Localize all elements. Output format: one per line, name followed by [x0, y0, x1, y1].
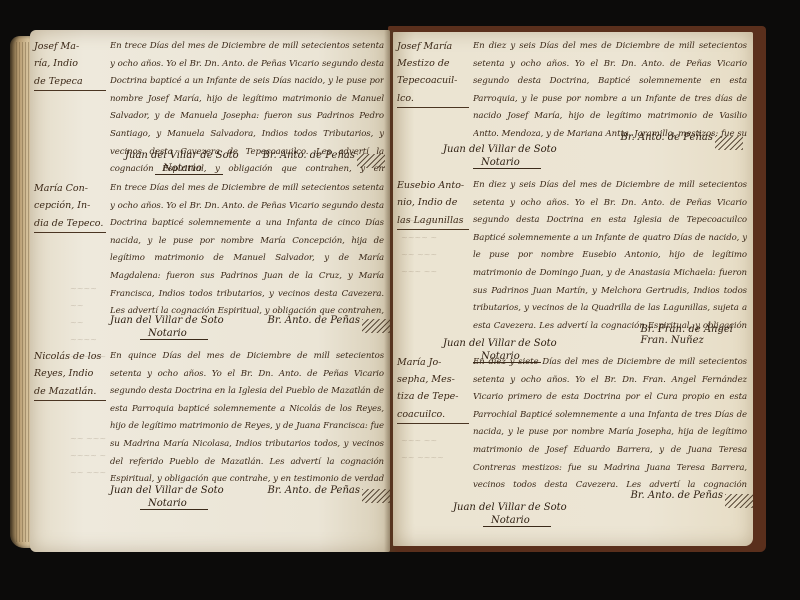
margin-line: María Con- — [34, 180, 106, 197]
priest-signature: Br. Anto. de Peñas — [631, 490, 724, 527]
notary-signature: Juan del Villar de Soto Notario — [453, 502, 567, 527]
rubric-flourish-icon — [715, 136, 743, 150]
entry-signatures: Juan del Villar de Soto Notario Br. Anto… — [110, 315, 360, 340]
margin-line: cepción, In- — [34, 197, 106, 214]
notary-title: Notario — [140, 498, 208, 510]
notary-signature: Juan del Villar de Soto Notario — [125, 150, 239, 175]
entry-margin-name: Josef María Mestizo de Tepecoacuil- lco. — [397, 38, 473, 144]
notary-title: Notario — [155, 163, 223, 175]
priest-signature: Br. Anto. de Peñas — [263, 150, 356, 175]
entry-body-text: En diez y siete Días del mes de Diciembr… — [473, 354, 747, 494]
priest-name: Br. Anto. de Peñas — [263, 150, 356, 161]
entry-body-text: En trece Días del mes de Diciembre de mi… — [110, 180, 384, 320]
notary-name: Juan del Villar de Soto — [110, 485, 224, 496]
baptism-entry: María Jo- sepha, Mes- tiza de Tepe- coac… — [397, 354, 747, 494]
priest-name: Br. Fran. de Ángel — [640, 324, 733, 335]
entry-body-text: En diez y seis Días del mes de Diciembre… — [473, 177, 747, 335]
margin-line: Eusebio Anto- — [397, 177, 469, 194]
margin-line: de Mazatlán. — [34, 383, 106, 401]
notary-title: Notario — [483, 515, 551, 527]
left-page: ~~~~ ~~~~ ~~~~~~~ ~~ ~~ ~~~~~~~ ~~~ ~~~ … — [30, 30, 390, 552]
notary-name: Juan del Villar de Soto — [125, 150, 239, 161]
notary-signature: Juan del Villar de Soto Notario — [110, 485, 224, 510]
second-priest-name: Fran. Nuñez — [640, 335, 703, 346]
margin-line: lco. — [397, 90, 469, 108]
margin-line: las Lagunillas — [397, 212, 469, 230]
priest-name: Br. Anto. de Peñas — [621, 132, 714, 143]
entry-body-text: En diez y seis Días del mes de Diciembre… — [473, 38, 747, 144]
entry-margin-name: Eusebio Anto- nio, Indio de las Lagunill… — [397, 177, 473, 335]
notary-name: Juan del Villar de Soto — [443, 144, 557, 155]
entry-margin-name: Josef Ma- ría, Indio de Tepeca — [34, 38, 110, 178]
margin-line: tiza de Tepe- — [397, 388, 469, 405]
margin-line: sepha, Mes- — [397, 371, 469, 388]
margin-line: nio, Indio de — [397, 194, 469, 211]
baptism-entry: Eusebio Anto- nio, Indio de las Lagunill… — [397, 177, 747, 335]
margin-line: Mestizo de — [397, 55, 469, 72]
margin-line: Reyes, Indio — [34, 365, 106, 382]
priest-name: Br. Anto. de Peñas — [268, 485, 361, 496]
rubric-flourish-icon — [725, 494, 753, 508]
baptism-entry: Nicolás de los Reyes, Indio de Mazatlán.… — [34, 348, 384, 488]
priest-signature: Br. Anto. de Peñas — [268, 315, 361, 340]
priest-signature: Br. Anto. de Peñas — [621, 132, 714, 169]
open-register-book: ~~~~ ~~~~ ~~~~~~~ ~~ ~~ ~~~~~~~ ~~~ ~~~ … — [0, 0, 800, 600]
notary-name: Juan del Villar de Soto — [110, 315, 224, 326]
entry-margin-name: Nicolás de los Reyes, Indio de Mazatlán. — [34, 348, 110, 488]
margin-line: ría, Indio — [34, 55, 106, 72]
rubric-flourish-icon — [357, 154, 385, 168]
priest-signature: Br. Anto. de Peñas — [268, 485, 361, 510]
notary-title: Notario — [140, 328, 208, 340]
priest-name: Br. Anto. de Peñas — [268, 315, 361, 326]
notary-signature: Juan del Villar de Soto Notario — [110, 315, 224, 340]
entry-signatures: Juan del Villar de Soto Notario Br. Anto… — [125, 150, 355, 175]
margin-line: coacuilco. — [397, 406, 469, 424]
entry-body-text: En quince Días del mes de Diciembre de m… — [110, 348, 384, 488]
margin-line: Nicolás de los — [34, 348, 106, 365]
margin-line: Josef María — [397, 38, 469, 55]
entry-signatures: Juan del Villar de Soto Notario Br. Anto… — [110, 485, 360, 510]
right-page: ~~ ~~~~~~~ ~~~ ~~~~~~ ~~ ~~~ ~~~~ ~~~~ J… — [393, 32, 753, 546]
baptism-entry: Josef María Mestizo de Tepecoacuil- lco.… — [397, 38, 747, 144]
notary-name: Juan del Villar de Soto — [443, 338, 557, 349]
notary-signature: Juan del Villar de Soto Notario — [443, 144, 557, 169]
margin-line: Tepecoacuil- — [397, 72, 469, 89]
notary-name: Juan del Villar de Soto — [453, 502, 567, 513]
entry-margin-name: María Jo- sepha, Mes- tiza de Tepe- coac… — [397, 354, 473, 494]
margin-line: dia de Tepeco. — [34, 215, 106, 233]
notary-title: Notario — [473, 157, 541, 169]
margin-line: Josef Ma- — [34, 38, 106, 55]
priest-name: Br. Anto. de Peñas — [631, 490, 724, 501]
entry-signatures: Juan del Villar de Soto Notario Br. Anto… — [453, 490, 723, 527]
margin-line: de Tepeca — [34, 73, 106, 91]
entry-margin-name: María Con- cepción, In- dia de Tepeco. — [34, 180, 110, 320]
entry-signatures: Juan del Villar de Soto Notario Br. Anto… — [443, 132, 713, 169]
margin-line: María Jo- — [397, 354, 469, 371]
baptism-entry: María Con- cepción, In- dia de Tepeco. E… — [34, 180, 384, 320]
